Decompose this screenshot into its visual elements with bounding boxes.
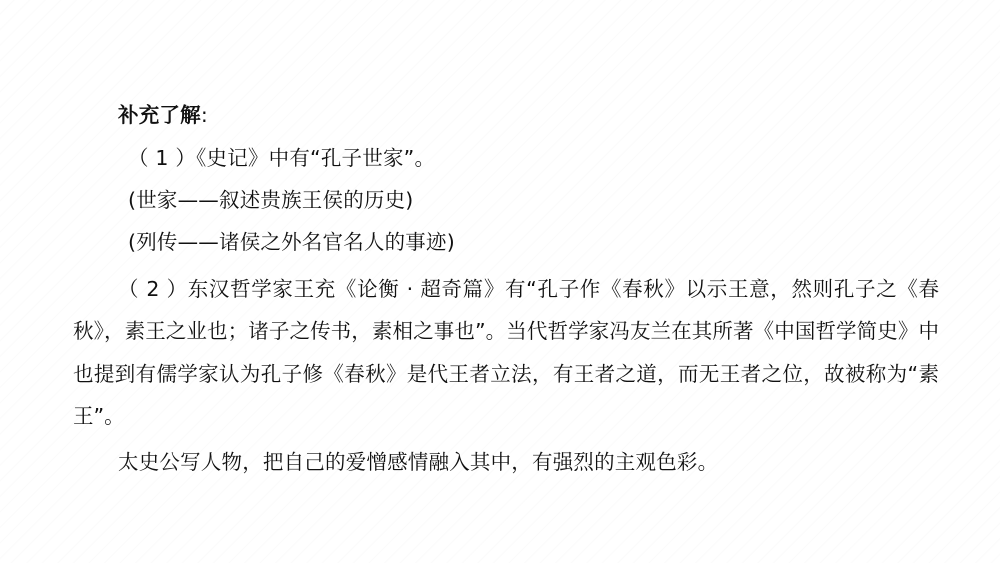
supplement-heading: 补充了解: bbox=[118, 100, 208, 130]
note-liezhuan: (列传——诸侯之外名官名人的事迹) bbox=[128, 227, 455, 257]
conclusion-text: 太史公写人物，把自己的爱憎感情融入其中，有强烈的主观色彩。 bbox=[118, 447, 718, 477]
heading-title: 补充了解 bbox=[118, 103, 201, 127]
item-1-shiji: （ 1 ）《史记》中有“孔子世家”。 bbox=[128, 143, 435, 173]
heading-colon: : bbox=[201, 103, 208, 127]
item-2-suwang-paragraph: （ 2 ）东汉哲学家王充《论衡 · 超奇篇》有“孔子作《春秋》以示王意，然则孔子… bbox=[73, 268, 939, 437]
slide: 补充了解: （ 1 ）《史记》中有“孔子世家”。 (世家——叙述贵族王侯的历史)… bbox=[0, 0, 1000, 563]
note-shijia: (世家——叙述贵族王侯的历史) bbox=[128, 185, 414, 215]
